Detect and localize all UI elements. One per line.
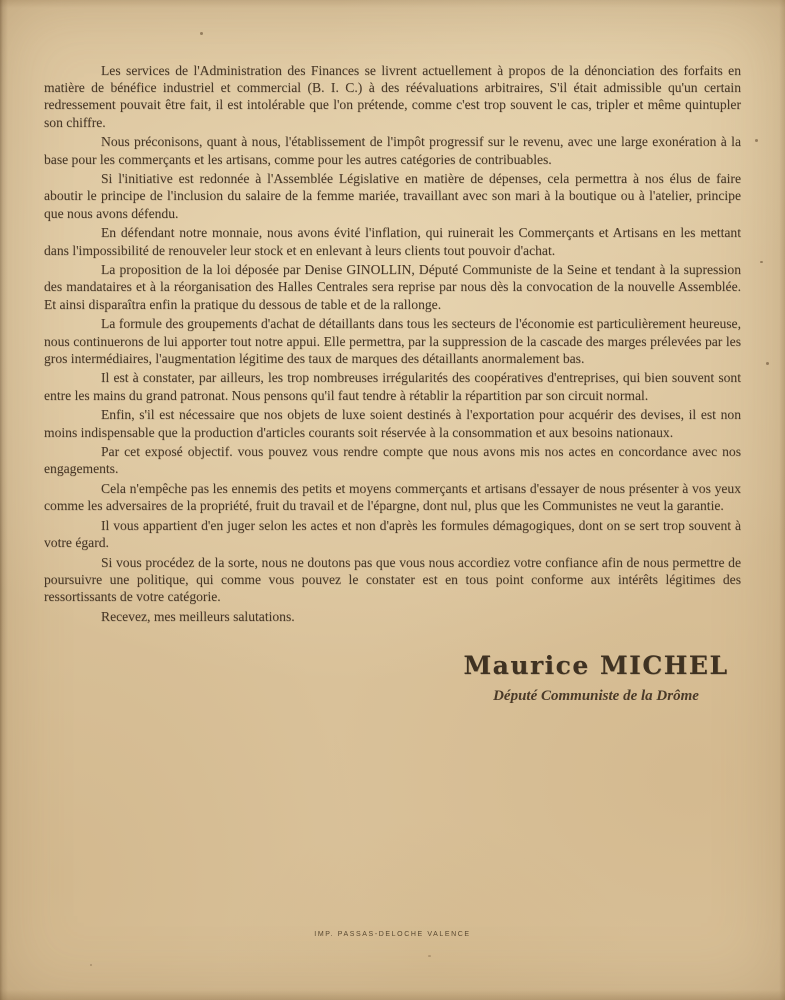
printer-imprint: IMP. PASSAS-DELOCHE VALENCE [0,931,785,938]
paper-speck [327,344,329,346]
letter-paragraph: Par cet exposé objectif. vous pouvez vou… [44,443,741,477]
letter-paragraph: La formule des groupements d'achat de dé… [44,315,741,367]
paper-speck [760,261,763,263]
paper-speck [200,32,203,35]
letter-paragraph: En défendant notre monnaie, nous avons é… [44,224,741,258]
letter-paragraph: La proposition de la loi déposée par Den… [44,261,741,313]
signature-title: Député Communiste de la Drôme [440,688,752,705]
letter-paragraph: Enfin, s'il est nécessaire que nos objet… [44,406,741,440]
paper-speck [90,964,92,966]
paper-speck [755,139,758,142]
letter-paragraph: Il vous appartient d'en juger selon les … [44,517,741,551]
letter-paragraph: Nous préconisons, quant à nous, l'établi… [44,133,741,167]
scanned-letter-page: Les services de l'Administration des Fin… [0,0,785,1000]
letter-body: Les services de l'Administration des Fin… [44,62,741,628]
signature-name: Maurice MICHEL [440,651,752,680]
paper-speck [766,362,769,365]
letter-paragraph: Recevez, mes meilleurs salutations. [44,608,741,625]
letter-paragraph: Il est à constater, par ailleurs, les tr… [44,369,741,403]
letter-paragraph: Si vous procédez de la sorte, nous ne do… [44,554,741,606]
letter-paragraph: Cela n'empêche pas les ennemis des petit… [44,480,741,514]
letter-paragraph: Les services de l'Administration des Fin… [44,62,741,131]
paper-speck [428,955,431,957]
letter-paragraph: Si l'initiative est redonnée à l'Assembl… [44,170,741,222]
signature-block: Maurice MICHEL Député Communiste de la D… [440,651,752,705]
